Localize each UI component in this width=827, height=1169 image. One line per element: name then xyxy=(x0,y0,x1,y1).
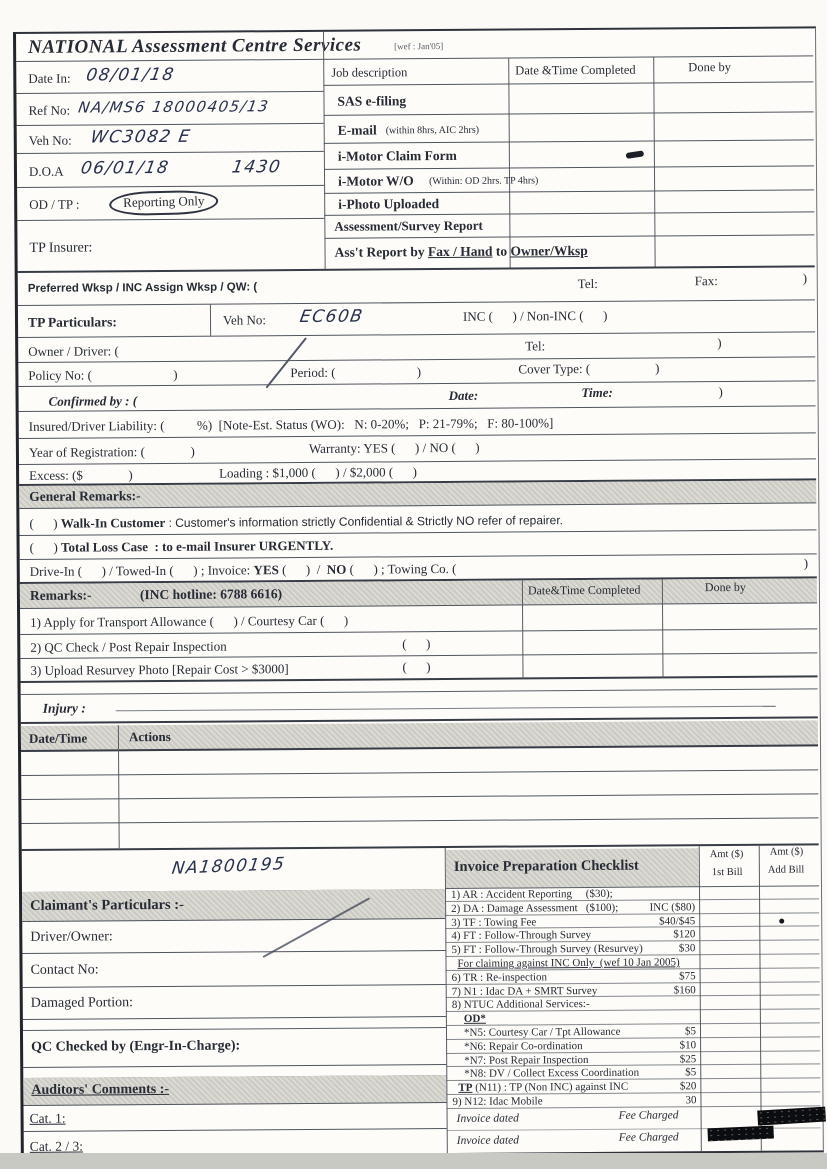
auditors-title: Auditors' Comments :- xyxy=(31,1082,169,1099)
reporting-only-circled: Reporting Only xyxy=(109,191,218,216)
fill-line xyxy=(116,706,776,712)
veh-no-label: Veh No: xyxy=(29,133,72,149)
period-label: Period: ( ) xyxy=(290,364,421,381)
job-row-sas-efiling: SAS e-filing xyxy=(323,82,813,115)
doa-time-value: 1430 xyxy=(230,157,283,177)
job-label: i-Motor Claim Form xyxy=(338,148,457,165)
general-remarks-title: General Remarks:- xyxy=(29,488,140,505)
job-note: (within 8hrs, AIC 2hrs) xyxy=(386,125,479,137)
tp-veh-no-value: EC60B xyxy=(298,307,365,327)
time-label: Time: xyxy=(581,385,612,401)
bullet-mark xyxy=(779,919,784,924)
field-row-date-in: Date In: 08/01/18 xyxy=(16,60,323,94)
excess-label: Excess: ($ ) xyxy=(29,467,133,484)
policy-no-label: Policy No: ( ) xyxy=(28,367,177,384)
inc-hotline: (INC hotline: 6788 6616) xyxy=(140,586,282,603)
redaction-mark xyxy=(707,1126,773,1142)
close-paren: ) xyxy=(717,335,721,351)
cat1-label: Cat. 1: xyxy=(30,1111,66,1127)
job-row-asst-report: Ass't Report by Fax / Hand to Owner/Wksp xyxy=(324,235,814,268)
invoice-dated-label: Invoice dated xyxy=(457,1112,519,1124)
form-title: NATIONAL Assessment Centre Services xyxy=(28,35,361,59)
fill-paren: ( ) xyxy=(402,659,430,675)
job-row-imotor-claim: i-Motor Claim Form xyxy=(324,140,814,169)
job-label: i-Photo Uploaded xyxy=(338,196,439,213)
remarks-item-label: 2) QC Check / Post Repair Inspection xyxy=(30,639,227,656)
auditors-header: Auditors' Comments :- xyxy=(23,1075,446,1106)
doa-value: 06/01/18 xyxy=(79,158,171,179)
amt-label: Amt ($) xyxy=(710,849,744,860)
col-add-bill: Add Bill xyxy=(768,864,805,875)
liability-line: Insured/Driver Liability: ( %) [Note-Est… xyxy=(29,415,554,435)
drive-in-line: Drive-In ( ) / Towed-In ( ) ; Invoice: Y… xyxy=(30,561,457,580)
close-paren: ) xyxy=(803,270,807,286)
tp-veh-no-label: Veh No: xyxy=(223,312,266,328)
warranty-label: Warranty: YES ( ) / NO ( ) xyxy=(309,440,480,457)
invoice-title: Invoice Preparation Checklist xyxy=(454,858,639,876)
job-row-email: E-mail (within 8hrs, AIC 2hrs) xyxy=(324,112,814,143)
field-row-doa: D.O.A 06/01/18 1430 xyxy=(17,152,324,188)
field-row-ref-no: Ref No: NA/MS6 18000405/13 xyxy=(16,92,323,126)
field-row-qc-checked: QC Checked by (Engr-In-Charge): xyxy=(23,1027,446,1068)
field-row-tp-insurer: TP Insurer: xyxy=(17,219,324,271)
field-row-cat1: Cat. 1: xyxy=(23,1103,446,1132)
remarks-item-3: 3) Upload Resurvey Photo [Repair Cost > … xyxy=(20,653,817,683)
job-note: (Within: OD 2hrs. TP 4hrs) xyxy=(429,175,538,187)
year-reg-label: Year of Registration: ( ) xyxy=(29,444,195,461)
wef-note: [wef : Jan'05] xyxy=(394,41,443,51)
job-label: i-Motor W/O xyxy=(338,173,414,190)
total-loss-line: ( ) Total Loss Case : to e-mail Insurer … xyxy=(30,538,334,556)
doa-label: D.O.A xyxy=(29,164,64,180)
tel-label: Tel: xyxy=(578,276,598,292)
close-paren: ) xyxy=(804,555,808,571)
invoice-title-cell: Invoice Preparation Checklist xyxy=(446,848,699,888)
fax-label: Fax: xyxy=(695,273,718,289)
ref-no-value: NA/MS6 18000405/13 xyxy=(77,97,271,116)
col-1st-bill: 1st Bill xyxy=(712,867,743,878)
invoice-dated-label: Invoice dated xyxy=(457,1134,519,1146)
job-label: E-mail xyxy=(338,122,377,138)
claim-ref-handwritten: NA1800195 xyxy=(171,854,287,879)
walk-in-line: ( ) Walk-In Customer : Customer's inform… xyxy=(29,512,563,532)
field-row-veh-no: Veh No: WC3082 E xyxy=(17,124,324,154)
damaged-portion-label: Damaged Portion: xyxy=(31,995,133,1012)
qc-checked-label: QC Checked by (Engr-In-Charge): xyxy=(31,1038,240,1055)
od-tp-label: OD / TP : xyxy=(29,197,79,213)
veh-no-value: WC3082 E xyxy=(89,127,192,148)
injury-label: Injury : xyxy=(43,701,86,717)
assessment-form: NATIONAL Assessment Centre Services [wef… xyxy=(13,26,824,1158)
field-row-injury: Injury : xyxy=(21,688,818,724)
col-done-by: Done by xyxy=(688,60,731,75)
date-in-label: Date In: xyxy=(28,71,70,87)
col-datetime-completed: Date&Time Completed xyxy=(528,583,641,599)
tp-particulars-label: TP Particulars: xyxy=(28,314,117,331)
amt-label: Amt ($) xyxy=(770,847,804,858)
field-row-od-tp: OD / TP : Reporting Only xyxy=(17,186,324,221)
col-job-description: Job description xyxy=(331,65,407,81)
cover-type-label: Cover Type: ( ) xyxy=(518,360,659,377)
field-row-driver-owner: Driver/Owner: xyxy=(22,919,445,954)
remarks-item-label: 3) Upload Resurvey Photo [Repair Cost > … xyxy=(30,661,288,679)
confirmed-by-label: Confirmed by : ( xyxy=(49,393,138,410)
owner-driver-label: Owner / Driver: ( xyxy=(28,343,119,360)
inc-non-inc-label: INC ( ) / Non-INC ( ) xyxy=(463,308,608,325)
ref-no-label: Ref No: xyxy=(28,103,70,119)
date-in-value: 08/01/18 xyxy=(85,65,177,86)
invoice-items: 1) AR : Accident Reporting ($30); 2) DA … xyxy=(445,885,821,1108)
job-label: Ass't Report by Fax / Hand to Owner/Wksp xyxy=(334,243,587,261)
close-paren: ) xyxy=(718,384,722,400)
col-actions: Actions xyxy=(129,729,171,745)
claimant-header: Claimant's Particulars :- xyxy=(22,889,445,922)
field-row-preferred-wksp: Preferred Wksp / INC Assign Wksp / QW: (… xyxy=(18,267,815,306)
job-table-header: Job description Date &Time Completed Don… xyxy=(323,56,813,85)
pen-scribble xyxy=(626,150,645,159)
preferred-wksp-label: Preferred Wksp / INC Assign Wksp / QW: ( xyxy=(28,281,257,295)
scanned-page: NATIONAL Assessment Centre Services [wef… xyxy=(0,0,827,1169)
loading-label: Loading : $1,000 ( ) / $2,000 ( ) xyxy=(219,464,417,481)
job-row-imotor-wo: i-Motor W/O (Within: OD 2hrs. TP 4hrs) xyxy=(324,166,814,193)
tp-insurer-label: TP Insurer: xyxy=(29,240,92,256)
tel-label: Tel: xyxy=(525,338,545,354)
remarks-title: Remarks:- xyxy=(30,587,92,603)
claimant-title: Claimant's Particulars :- xyxy=(30,897,184,915)
divider-line xyxy=(210,305,211,337)
col-datetime-completed: Date &Time Completed xyxy=(515,63,635,79)
fee-charged-label: Fee Charged xyxy=(619,1109,679,1121)
job-row-assessment-report: Assessment/Survey Report xyxy=(324,212,814,238)
fee-charged-label: Fee Charged xyxy=(619,1131,679,1143)
col-done-by: Done by xyxy=(705,580,746,595)
col-date-time: Date/Time xyxy=(29,730,87,746)
field-row-contact-no: Contact No: xyxy=(22,951,445,988)
contact-no-label: Contact No: xyxy=(30,962,98,978)
fill-paren: ( ) xyxy=(402,636,430,652)
scan-edge-band xyxy=(0,1153,827,1169)
job-label: Assessment/Survey Report xyxy=(334,218,483,235)
remarks-item-label: 1) Apply for Transport Allowance ( ) / C… xyxy=(30,613,348,631)
field-row-damaged-portion: Damaged Portion: xyxy=(23,985,446,1020)
job-label: SAS e-filing xyxy=(337,93,406,109)
date-label: Date: xyxy=(448,388,478,404)
driver-owner-label: Driver/Owner: xyxy=(30,929,113,946)
